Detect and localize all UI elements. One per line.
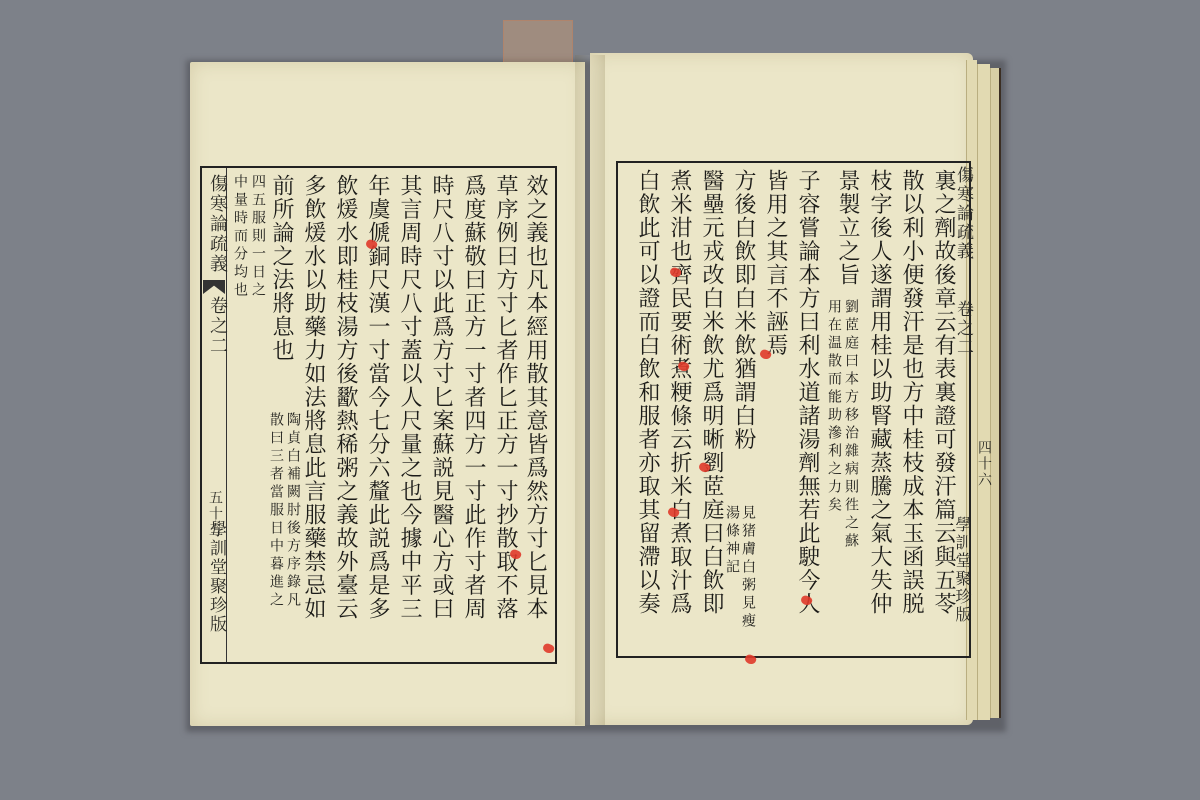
annotation-column: 用在温散而能助滲利之力矣 [826,299,842,515]
text-column: 皆用之其言不誣焉 [762,169,788,357]
text-column: 醫壘元戎改白米飲尤爲明晰劉茝庭曰白飲即 [698,169,724,616]
annotation-column: 中量時而分均也 [232,174,248,300]
right-text-frame: 裏之劑故後章云有表裏證可發汗篇云與五苓 散以利小便發汗是也方中桂枝成本玉函誤脱 … [616,161,971,658]
text-column: 散以利小便發汗是也方中桂枝成本玉函誤脱 [898,169,924,616]
text-column: 前所論之法將息也 [268,174,294,362]
annotation-column: 散曰三者當服日中暮進之 [268,412,284,610]
publisher-left: 學訓堂聚珍版 [204,520,229,634]
text-column: 景製立之旨 [834,169,860,287]
text-column: 時尺八寸以此爲方寸匕案蘇説見醫心方或曰 [428,174,454,621]
text-column: 煮米泔也齊民要術煮粳條云折米白煮取汁爲 [666,169,692,616]
annotation-column: 陶貞白補闕肘後方序錄凡 [285,412,301,610]
annotation-column: 劉茝庭曰本方移治雜病則徃之蘇 [843,299,859,551]
annotation-column: 見猪膚白粥見瘦 [740,505,756,631]
publisher-right: 學訓堂聚珍版 [951,516,974,624]
text-column: 枝字後人遂謂用桂以助腎藏蒸騰之氣大失仲 [866,169,892,616]
page-number-right: 四十六 [974,440,994,488]
page-edge-strip [977,64,990,720]
text-column: 其言周時尺八寸蓋以人尺量之也今據中平三 [396,174,422,621]
text-column: 方後白飲即白米飲猶謂白粉 [730,169,756,451]
volume-right: 卷之二 [951,300,976,357]
text-column: 效之義也凡本經用散其意皆爲然方寸匕見本 [522,174,548,621]
fish-tail-mark [203,280,225,294]
text-column: 白飲此可以證而白飲和服者亦取其留滯以奏 [634,169,660,616]
text-column: 多飲煖水以助藥力如法將息此言服藥禁忌如 [300,174,326,621]
text-column: 飲煖水即桂枝湯方後歠熱稀粥之義故外臺云 [332,174,358,621]
spine-title-right: 傷寒論疏義 [951,166,976,261]
text-column: 子容嘗論本方曰利水道諸湯劑無若此駛今人 [794,169,820,616]
annotation-column: 湯條神記 [724,505,740,577]
left-text-frame: 傷寒論疏義 卷之二 五十五 學訓堂聚珍版 效之義也凡本經用散其意皆爲然方寸匕見本… [200,166,557,664]
book-gutter [575,55,605,725]
page-edge-strip [990,68,1001,718]
annotation-column: 四五服則一日之 [250,174,266,300]
text-column: 爲度蘇敬曰正方一寸者四方一寸此作寸者周 [460,174,486,621]
volume-left: 卷之二 [204,296,230,356]
spine-title-left: 傷寒論疏義 [204,174,230,274]
